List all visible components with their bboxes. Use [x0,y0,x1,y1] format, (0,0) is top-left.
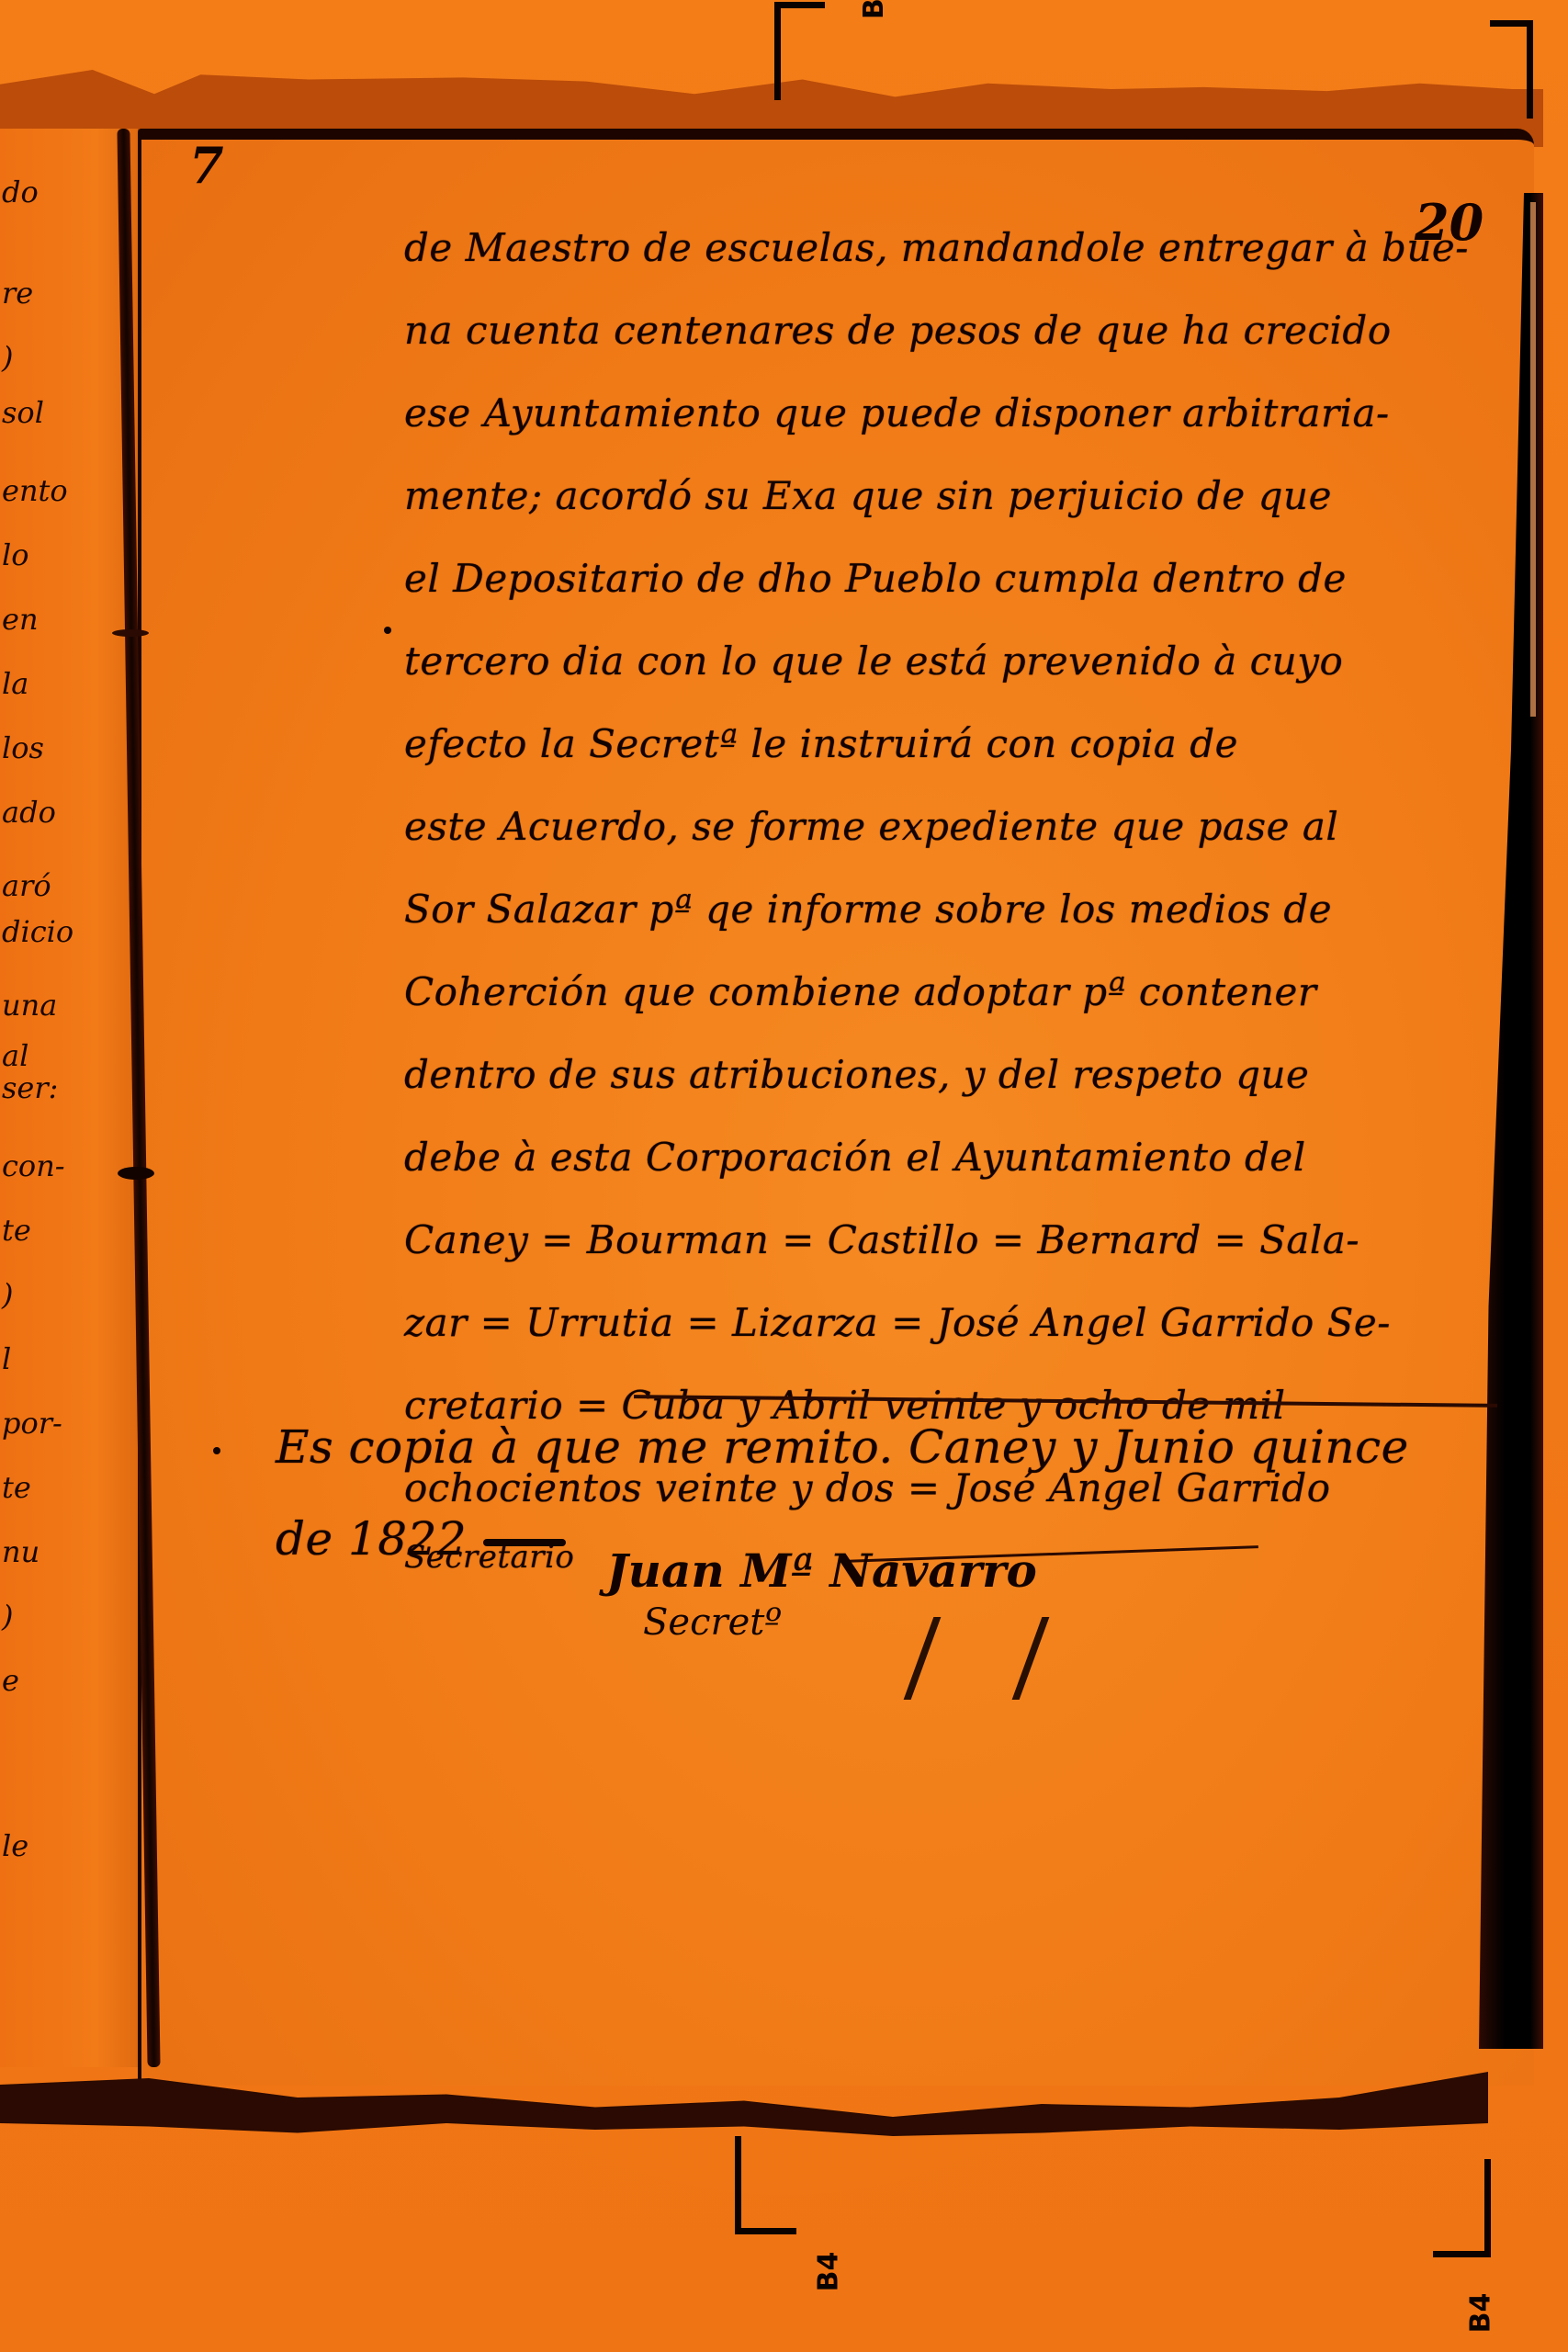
signature-name: Juan Mª Navarro [606,1543,1037,1598]
left-fragment: do [2,175,39,209]
manuscript-line: Coherción que combiene adoptar pª conten… [404,951,1497,1034]
left-fragment: dicio [2,914,73,949]
certification-year: de 1822 [276,1512,467,1566]
gutter-mark [112,629,149,637]
crop-label-bottom-left: B4 [812,2252,844,2292]
folio-number-left: 7 [189,136,224,195]
manuscript-line: efecto la Secretª le instruirá con copia… [404,703,1497,786]
manuscript-line: tercero dia con lo que le está prevenido… [404,620,1497,703]
left-fragment: lo [2,537,29,572]
manuscript-line: na cuenta centenares de pesos de que ha … [404,289,1497,372]
left-fragment: re [2,276,33,311]
certification-line: Es copia à que me remito. Caney y Junio … [276,1401,1470,1493]
left-fragment: en [2,602,39,637]
left-fragment: ) [2,340,13,375]
left-fragment: nu [2,1534,39,1569]
left-fragment: ado [2,795,56,830]
manuscript-line: mente; acordó su Exa que sin perjuicio d… [404,455,1497,537]
margin-dot [213,1447,220,1454]
left-fragment: ento [2,473,68,508]
year-dash [483,1539,566,1546]
left-fragment: e [2,1663,19,1698]
left-fragment: te [2,1470,31,1505]
crop-mark-top-left [774,2,825,100]
left-fragment: con- [2,1148,65,1183]
manuscript-line: dentro de sus atribuciones, y del respet… [404,1034,1497,1116]
left-fragment: l [2,1341,11,1376]
left-fragment: le [2,1828,28,1863]
margin-dot [384,627,391,634]
left-fragment: aró [2,868,51,903]
left-fragment: los [2,730,44,765]
left-fragment: la [2,666,28,701]
left-fragment: te [2,1213,31,1248]
left-facing-page: do re ) sol ento lo en la los ado aró di… [0,129,138,2067]
crop-mark-bottom-right [1433,2159,1491,2257]
left-fragment: al [2,1038,28,1073]
left-fragment: una [2,988,57,1023]
manuscript-line: Sor Salazar pª qe informe sobre los medi… [404,868,1497,951]
manuscript-line: ese Ayuntamiento que puede disponer arbi… [404,372,1497,455]
left-fragment: por- [2,1406,62,1441]
manuscript-line: el Depositario de dho Pueblo cumpla dent… [404,537,1497,620]
crop-mark-bottom-left [735,2136,796,2234]
page-edge-highlight [1530,202,1536,717]
manuscript-line: este Acuerdo, se forme expediente que pa… [404,786,1497,868]
gutter-mark [118,1167,154,1180]
left-fragment: ser: [2,1070,58,1105]
left-fragment: ) [2,1277,13,1312]
crop-label-top: B [858,0,890,19]
left-fragment: ) [2,1599,13,1634]
left-fragment: sol [2,395,44,430]
manuscript-line: Caney = Bourman = Castillo = Bernard = S… [404,1199,1497,1282]
manuscript-line: zar = Urrutia = Lizarza = José Angel Gar… [404,1282,1497,1364]
manuscript-body: de Maestro de escuelas, mandandole entre… [404,207,1497,1585]
crop-label-bottom-right: B4 [1464,2293,1496,2334]
manuscript-line: de Maestro de escuelas, mandandole entre… [404,207,1497,289]
crop-mark-top-right [1490,20,1533,119]
manuscript-line: debe à esta Corporación el Ayuntamiento … [404,1116,1497,1199]
